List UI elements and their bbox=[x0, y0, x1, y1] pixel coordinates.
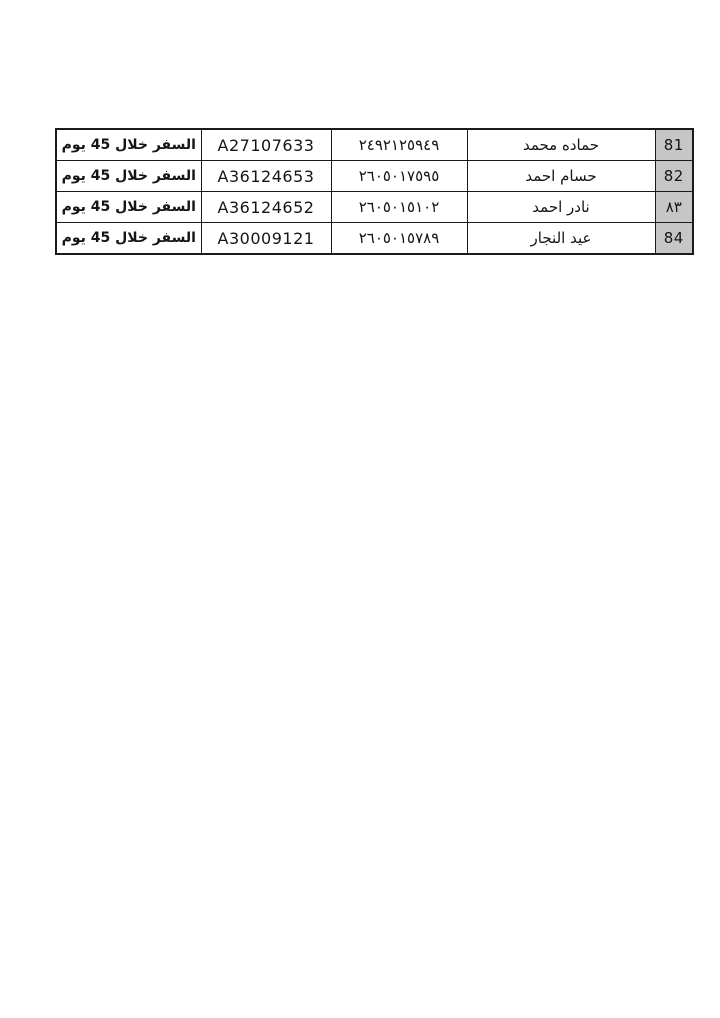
table-row: ٨٣ نادر احمد ٢٦٠٥٠١٥١٠٢ A36124652 السفر … bbox=[56, 192, 693, 223]
name-cell: عيد النجار bbox=[467, 223, 655, 255]
serial-cell: 82 bbox=[655, 161, 693, 192]
national-id-cell: ٢٤٩٢١٢٥٩٤٩ bbox=[331, 129, 467, 161]
travelers-table: 81 حماده محمد ٢٤٩٢١٢٥٩٤٩ A27107633 السفر… bbox=[55, 128, 694, 255]
national-id-cell: ٢٦٠٥٠١٥٧٨٩ bbox=[331, 223, 467, 255]
serial-cell: 84 bbox=[655, 223, 693, 255]
document-page: 81 حماده محمد ٢٤٩٢١٢٥٩٤٩ A27107633 السفر… bbox=[0, 0, 720, 1018]
table-row: 82 حسام احمد ٢٦٠٥٠١٧٥٩٥ A36124653 السفر … bbox=[56, 161, 693, 192]
travel-note-cell: السفر خلال 45 يوم bbox=[56, 161, 201, 192]
passport-cell: A36124653 bbox=[201, 161, 331, 192]
table-row: 81 حماده محمد ٢٤٩٢١٢٥٩٤٩ A27107633 السفر… bbox=[56, 129, 693, 161]
national-id-cell: ٢٦٠٥٠١٥١٠٢ bbox=[331, 192, 467, 223]
table-row: 84 عيد النجار ٢٦٠٥٠١٥٧٨٩ A30009121 السفر… bbox=[56, 223, 693, 255]
name-cell: حماده محمد bbox=[467, 129, 655, 161]
serial-cell: 81 bbox=[655, 129, 693, 161]
passport-cell: A30009121 bbox=[201, 223, 331, 255]
travel-note-cell: السفر خلال 45 يوم bbox=[56, 223, 201, 255]
travel-note-cell: السفر خلال 45 يوم bbox=[56, 192, 201, 223]
serial-cell: ٨٣ bbox=[655, 192, 693, 223]
travel-note-cell: السفر خلال 45 يوم bbox=[56, 129, 201, 161]
national-id-cell: ٢٦٠٥٠١٧٥٩٥ bbox=[331, 161, 467, 192]
passport-cell: A27107633 bbox=[201, 129, 331, 161]
passport-cell: A36124652 bbox=[201, 192, 331, 223]
name-cell: نادر احمد bbox=[467, 192, 655, 223]
name-cell: حسام احمد bbox=[467, 161, 655, 192]
